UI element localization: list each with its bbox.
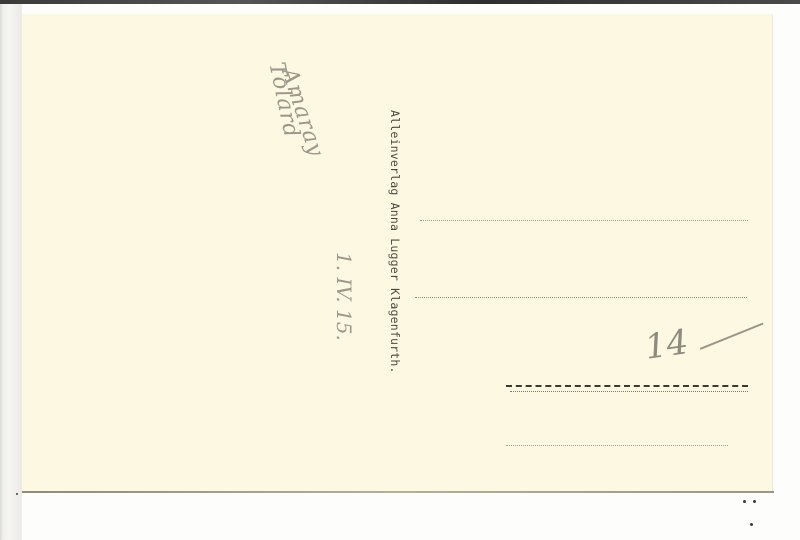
scan-left-border <box>0 4 22 540</box>
postcard-bottom-edge <box>22 491 774 493</box>
scan-speck <box>16 493 18 495</box>
address-line-3 <box>506 385 748 387</box>
handwritten-date: 1. IV. 15. <box>332 252 356 341</box>
scan-speck <box>750 523 753 526</box>
scan-top-border <box>0 0 800 4</box>
publisher-imprint: Alleinverlag Anna Lugger Klagenfurth. <box>388 110 402 374</box>
address-line-3-underline <box>510 391 748 392</box>
address-line-1 <box>420 220 748 221</box>
handwritten-number: 14 <box>642 322 690 368</box>
scan-speck <box>743 500 746 503</box>
address-line-4 <box>506 445 728 446</box>
address-line-2 <box>415 297 747 298</box>
scan-speck <box>753 500 756 503</box>
